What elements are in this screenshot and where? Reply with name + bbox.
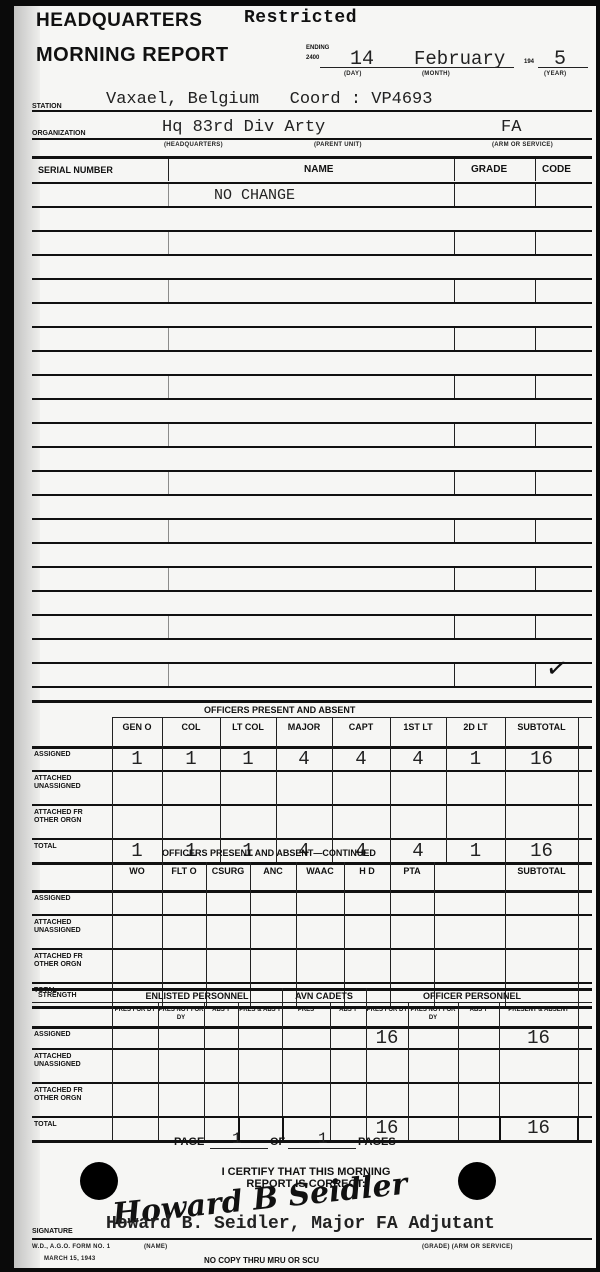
col-grade: GRADE bbox=[471, 164, 507, 175]
group-officer-personnel: OFFICER PERSONNEL bbox=[366, 991, 578, 1001]
strength-col-3: PRES & ABS'T bbox=[238, 1006, 282, 1014]
officers-cell: 16 bbox=[505, 840, 578, 862]
officers-cont-row-label: ATTACHED FR OTHER ORGN bbox=[34, 953, 108, 969]
bottom-note: NO COPY THRU MRU OR SCU bbox=[204, 1256, 319, 1265]
officers-cont-col-5: H D bbox=[344, 866, 390, 876]
officers-row-label: TOTAL bbox=[34, 843, 108, 851]
strength-col-5: ABS'T bbox=[330, 1006, 366, 1014]
officers-cell: 16 bbox=[505, 748, 578, 770]
pages-label: PAGES bbox=[358, 1136, 396, 1148]
officers-col-0: GEN O bbox=[112, 722, 162, 732]
strength-label: STRENGTH bbox=[38, 992, 77, 1000]
officers-title: OFFICERS PRESENT AND ABSENT bbox=[204, 705, 355, 715]
officers-cont-col-0: WO bbox=[112, 866, 162, 876]
punch-hole-right bbox=[458, 1162, 496, 1200]
officers-col-4: CAPT bbox=[332, 722, 390, 732]
officers-col-6: 2D LT bbox=[446, 722, 505, 732]
officers-row-label: ATTACHED UNASSIGNED bbox=[34, 775, 108, 791]
strength-row-label: TOTAL bbox=[34, 1121, 108, 1129]
hq-caption: (HEADQUARTERS) bbox=[164, 142, 223, 148]
morning-report-form: HEADQUARTERS Restricted MORNING REPORT E… bbox=[14, 6, 596, 1268]
officers-cell: 1 bbox=[112, 748, 162, 770]
strength-col-9: PRESENT & ABSENT bbox=[499, 1006, 578, 1014]
strength-col-1: PRES NOT FOR DY bbox=[158, 1006, 204, 1022]
page-total: 1 bbox=[318, 1130, 328, 1148]
officers-cell: 4 bbox=[276, 748, 332, 770]
officers-cont-col-8: SUBTOTAL bbox=[505, 866, 578, 876]
signature-label: SIGNATURE bbox=[32, 1228, 73, 1236]
roster-row-name: NO CHANGE bbox=[214, 187, 295, 204]
strength-cell: 16 bbox=[366, 1027, 408, 1049]
officers-cont-col-4: WAAC bbox=[296, 866, 344, 876]
check-mark-icon: ✓ bbox=[544, 652, 571, 685]
officers-row-label: ASSIGNED bbox=[34, 751, 108, 759]
organization-label: ORGANIZATION bbox=[32, 130, 86, 138]
col-serial-number: SERIAL NUMBER bbox=[38, 166, 113, 174]
officers-cont-col-3: ANC bbox=[250, 866, 296, 876]
col-name: NAME bbox=[304, 164, 333, 175]
name-caption: (NAME) bbox=[144, 1244, 167, 1250]
arm-caption: (ARM OR SERVICE) bbox=[492, 142, 553, 148]
officers-cont-row-label: ASSIGNED bbox=[34, 895, 108, 903]
of-label: OF bbox=[270, 1136, 285, 1148]
report-day: 14 bbox=[350, 48, 374, 71]
strength-col-6: PRES FOR DY bbox=[366, 1006, 408, 1014]
officers-cont-col-1: FLT O bbox=[162, 866, 206, 876]
strength-col-7: PRES NOT FOR DY bbox=[408, 1006, 458, 1022]
organization-value: Hq 83rd Div Arty bbox=[162, 118, 325, 137]
officers-cont-title: OFFICERS PRESENT AND ABSENT—CONTINUED bbox=[162, 848, 376, 858]
strength-cell: 16 bbox=[499, 1027, 578, 1049]
arm-value: FA bbox=[501, 118, 521, 137]
strength-row-label: ASSIGNED bbox=[34, 1031, 108, 1039]
title-morning-report: MORNING REPORT bbox=[36, 44, 229, 67]
form-note-1: W.D., A.G.O. FORM NO. 1 bbox=[32, 1244, 110, 1250]
officers-cell: 1 bbox=[446, 748, 505, 770]
page-number: 1 bbox=[232, 1130, 242, 1148]
group-enlisted: ENLISTED PERSONNEL bbox=[112, 991, 282, 1001]
form-note-2: MARCH 15, 1943 bbox=[44, 1256, 96, 1262]
strength-row-label: ATTACHED UNASSIGNED bbox=[34, 1053, 108, 1069]
officers-cont-col-6: PTA bbox=[390, 866, 434, 876]
strength-col-2: ABS'T bbox=[204, 1006, 238, 1014]
officers-cell: 1 bbox=[446, 840, 505, 862]
officers-cont-col-2: CSURG bbox=[206, 866, 250, 876]
page-label: PAGE bbox=[174, 1136, 204, 1148]
day-caption: (DAY) bbox=[344, 71, 362, 77]
signer-typed-name: Howard B. Seidler, Major FA Adjutant bbox=[106, 1214, 495, 1234]
officers-col-5: 1ST LT bbox=[390, 722, 446, 732]
officers-cell: 1 bbox=[220, 748, 276, 770]
title-headquarters: HEADQUARTERS bbox=[36, 10, 202, 32]
ending-hour: 2400 bbox=[306, 54, 319, 62]
ending-label: ENDING bbox=[306, 44, 329, 52]
restricted-stamp: Restricted bbox=[244, 8, 357, 28]
officers-col-7: SUBTOTAL bbox=[505, 722, 578, 732]
officers-col-2: LT COL bbox=[220, 722, 276, 732]
officers-cell: 4 bbox=[390, 748, 446, 770]
officers-cell: 4 bbox=[390, 840, 446, 862]
group-avn-cadets: AVN CADETS bbox=[282, 991, 366, 1001]
strength-col-0: PRES FOR DY bbox=[112, 1006, 158, 1014]
grade-caption: (GRADE) (ARM OR SERVICE) bbox=[422, 1244, 513, 1250]
station-value: Vaxael, Belgium Coord : VP4693 bbox=[106, 90, 432, 109]
officers-col-1: COL bbox=[162, 722, 220, 732]
officers-row-label: ATTACHED FR OTHER ORGN bbox=[34, 809, 108, 825]
parent-caption: (PARENT UNIT) bbox=[314, 142, 362, 148]
officers-cell: 4 bbox=[332, 748, 390, 770]
officers-cell: 1 bbox=[112, 840, 162, 862]
officers-cell: 1 bbox=[162, 748, 220, 770]
strength-col-8: ABS'T bbox=[458, 1006, 499, 1014]
punch-hole-left bbox=[80, 1162, 118, 1200]
officers-cont-row-label: ATTACHED UNASSIGNED bbox=[34, 919, 108, 935]
strength-row-label: ATTACHED FR OTHER ORGN bbox=[34, 1087, 108, 1103]
officers-col-3: MAJOR bbox=[276, 722, 332, 732]
col-code: CODE bbox=[542, 164, 571, 175]
strength-col-4: PRES bbox=[282, 1006, 330, 1014]
year-caption: (YEAR) bbox=[544, 71, 566, 77]
year-prefix: 194 bbox=[524, 58, 534, 66]
month-caption: (MONTH) bbox=[422, 71, 450, 77]
